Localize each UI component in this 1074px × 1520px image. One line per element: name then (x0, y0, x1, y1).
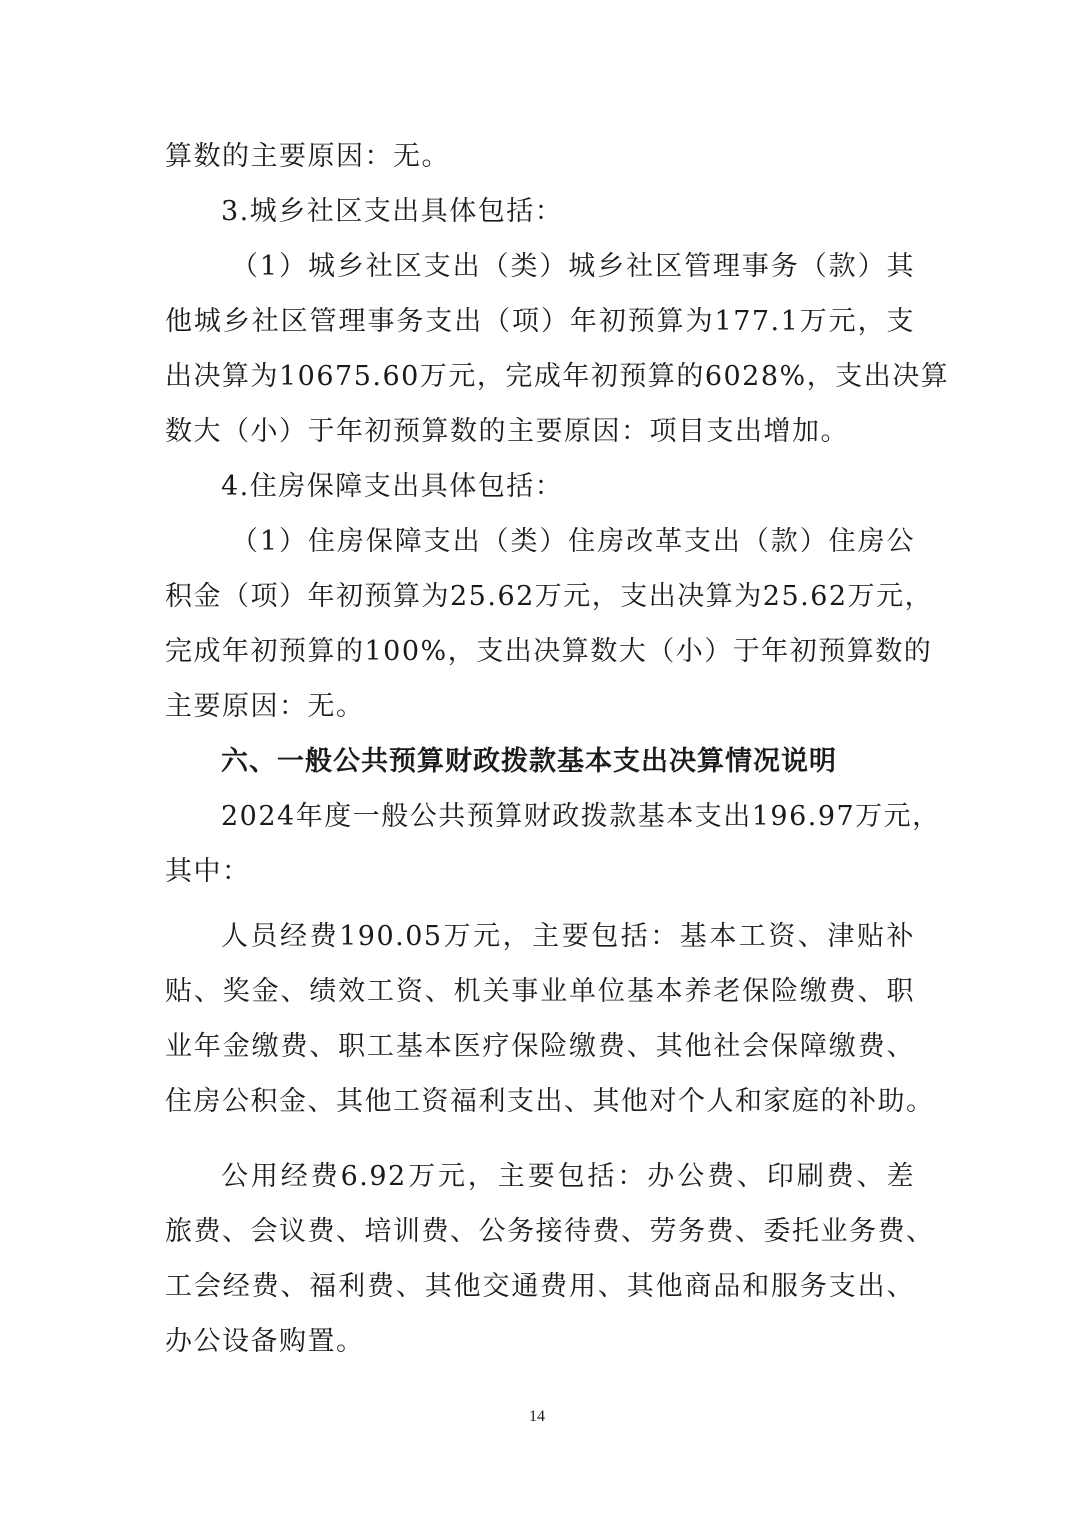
paragraph-line: 主要原因：无。 (165, 687, 915, 727)
subsection-heading-housing: 4.住房保障支出具体包括： (221, 467, 971, 507)
paragraph-line: （1）住房保障支出（类）住房改革支出（款）住房公 (231, 522, 915, 562)
paragraph-line: 其中： (165, 852, 915, 892)
paragraph-line: 积金（项）年初预算为25.62万元，支出决算为25.62万元， (165, 577, 915, 617)
paragraph-line: 工会经费、福利费、其他交通费用、其他商品和服务支出、 (165, 1267, 915, 1307)
paragraph-line: 数大（小）于年初预算数的主要原因：项目支出增加。 (165, 412, 915, 452)
paragraph-line: 旅费、会议费、培训费、公务接待费、劳务费、委托业务费、 (165, 1212, 915, 1252)
paragraph-line: 业年金缴费、职工基本医疗保险缴费、其他社会保障缴费、 (165, 1027, 915, 1067)
paragraph-line: 算数的主要原因：无。 (165, 137, 915, 177)
paragraph-line: 贴、奖金、绩效工资、机关事业单位基本养老保险缴费、职 (165, 972, 915, 1012)
paragraph-line: 2024年度一般公共预算财政拨款基本支出196.97万元， (221, 797, 915, 837)
section-heading: 六、一般公共预算财政拨款基本支出决算情况说明 (221, 742, 971, 782)
document-page: 算数的主要原因：无。 3.城乡社区支出具体包括： （1）城乡社区支出（类）城乡社… (0, 0, 1074, 1520)
paragraph-line: 完成年初预算的100%，支出决算数大（小）于年初预算数的 (165, 632, 915, 672)
paragraph-line: 办公设备购置。 (165, 1322, 915, 1362)
paragraph-line: 他城乡社区管理事务支出（项）年初预算为177.1万元，支 (165, 302, 915, 342)
paragraph-line: 住房公积金、其他工资福利支出、其他对个人和家庭的补助。 (165, 1082, 915, 1122)
paragraph-line: 人员经费190.05万元，主要包括：基本工资、津贴补 (221, 917, 915, 957)
paragraph-line: 出决算为10675.60万元，完成年初预算的6028%，支出决算 (165, 357, 915, 397)
subsection-heading-urban-rural: 3.城乡社区支出具体包括： (221, 192, 971, 232)
paragraph-line: 公用经费6.92万元，主要包括：办公费、印刷费、差 (221, 1157, 915, 1197)
page-number: 14 (0, 1408, 1074, 1426)
paragraph-line: （1）城乡社区支出（类）城乡社区管理事务（款）其 (231, 247, 915, 287)
